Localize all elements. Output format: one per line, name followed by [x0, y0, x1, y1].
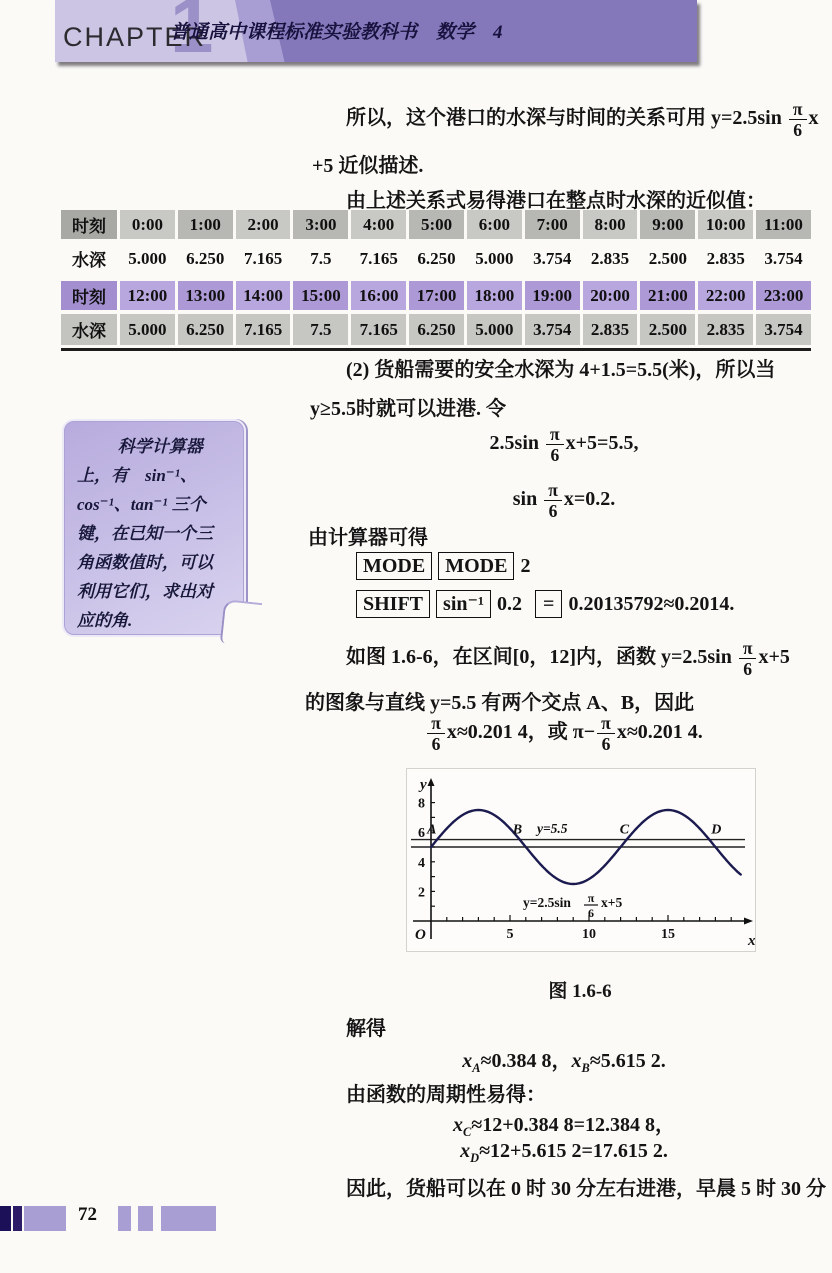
table-cell: 5.000 [467, 243, 522, 274]
x-tick-label: 10 [582, 927, 596, 942]
equation-2: sin π6x=0.2. [308, 481, 820, 521]
sidebar-note-text: 科学计算器上，有 sin⁻¹、cos⁻¹、tan⁻¹ 三个键，在已知一个三角函数… [64, 421, 244, 641]
y-axis-label: y [418, 777, 427, 793]
solution-final: 因此，货船可以在 0 时 30 分左右进港，早晨 5 时 30 分 [346, 1172, 826, 1201]
table-cell: 7.165 [351, 243, 406, 274]
table-cell: 0:00 [120, 210, 175, 239]
book-title: 普通高中课程标准实验教科书 数学 4 [170, 17, 590, 44]
solution-jiede: 解得 [346, 1012, 386, 1041]
table-cell: 2.500 [640, 243, 695, 274]
table-cell: 5.000 [120, 243, 175, 274]
table-cell: 3.754 [756, 314, 811, 345]
table-cell: 15:00 [293, 281, 348, 310]
table-cell: 2.835 [698, 314, 753, 345]
solution-d: xD≈12+5.615 2=17.615 2. [308, 1140, 820, 1166]
y-axis-arrow [428, 778, 435, 786]
table-cell: 5.000 [120, 314, 175, 345]
x-axis-label: x [747, 933, 755, 949]
mode-key: MODE [438, 552, 514, 580]
fraction: π6 [597, 714, 615, 754]
curve-label-post: x+5 [601, 895, 622, 910]
table-cell: 5:00 [409, 210, 464, 239]
page-number: 72 [78, 1204, 97, 1226]
calculator-intro: 由计算器可得 [308, 521, 428, 550]
y-tick-label: 8 [418, 797, 425, 812]
table-cell: 7:00 [525, 210, 580, 239]
table-row: 水深5.0006.2507.1657.57.1656.2505.0003.754… [61, 314, 811, 345]
table-bottom-rule [61, 348, 811, 351]
hline-label: y=5.5 [535, 821, 568, 836]
sidebar-note-line: 上，有 sin⁻¹、 [77, 461, 236, 490]
curve-label-denominator: 6 [588, 906, 594, 920]
footer-block [0, 1206, 11, 1231]
solution-periodic: 由函数的周期性易得： [346, 1078, 546, 1107]
y-tick-label: 6 [418, 826, 425, 841]
table-cell: 17:00 [409, 281, 464, 310]
sidebar-note-line: 利用它们，求出对 [77, 577, 236, 606]
table-cell: 7.5 [293, 314, 348, 345]
sidebar-note-line: 科学计算器 [77, 432, 236, 461]
equals-key: = [535, 590, 562, 618]
table-cell: 7.165 [351, 314, 406, 345]
figure-box: 510152468yxOy=5.5ABCDy=2.5sin π6x+5 [406, 768, 756, 952]
calculator-row-1: MODEMODE2 [356, 552, 530, 580]
figure-para-line-1: 如图 1.6-6，在区间[0，12]内，函数 y=2.5sin π6x+5 [346, 639, 790, 679]
table-cell: 22:00 [698, 281, 753, 310]
page-curl-decoration [220, 599, 262, 647]
origin-label: O [415, 927, 426, 943]
textbook-page: 1 CHAPTER 普通高中课程标准实验教科书 数学 4 所以，这个港口的水深与… [0, 0, 832, 1273]
table-cell: 1:00 [178, 210, 233, 239]
table-cell: 7.5 [293, 243, 348, 274]
table-row: 时刻12:0013:0014:0015:0016:0017:0018:0019:… [61, 281, 811, 310]
intro-line-1: 所以，这个港口的水深与时间的关系可用 y=2.5sin π6x [346, 100, 819, 140]
intro-line-2: +5 近似描述. [312, 149, 423, 178]
part2-line-2: y≥5.5时就可以进港. 令 [310, 392, 506, 421]
table-cell: 2.835 [698, 243, 753, 274]
row-header-cell: 水深 [61, 314, 117, 345]
table-cell: 6.250 [409, 314, 464, 345]
table-cell: 12:00 [120, 281, 175, 310]
fraction: π6 [789, 100, 807, 140]
table-cell: 2.500 [640, 314, 695, 345]
chapter-banner: 1 CHAPTER 普通高中课程标准实验教科书 数学 4 [55, 0, 697, 62]
table-cell: 2.835 [583, 314, 638, 345]
equation-1: 2.5sin π6x+5=5.5, [308, 425, 820, 465]
x-tick-label: 5 [507, 927, 514, 942]
footer-block [138, 1206, 153, 1231]
row-header-cell: 水深 [61, 243, 117, 274]
figure-para-line-2: 的图象与直线 y=5.5 有两个交点 A、B，因此 [305, 686, 694, 715]
fraction: π6 [427, 714, 445, 754]
table-cell: 5.000 [467, 314, 522, 345]
table-cell: 6.250 [178, 314, 233, 345]
table-cell: 4:00 [351, 210, 406, 239]
row-header-cell: 时刻 [61, 281, 117, 310]
shift-key: SHIFT [356, 590, 430, 618]
point-label-A: A [426, 823, 436, 838]
table-cell: 7.165 [236, 243, 291, 274]
table-cell: 9:00 [640, 210, 695, 239]
equation-3: π6x≈0.201 4，或 π−π6x≈0.201 4. [308, 714, 820, 754]
table-cell: 21:00 [640, 281, 695, 310]
solution-ab: xA≈0.384 8，xB≈5.615 2. [308, 1044, 820, 1076]
table-cell: 6.250 [409, 243, 464, 274]
point-label-C: C [620, 823, 630, 838]
x-tick-label: 15 [661, 927, 675, 942]
intro-line-3: 由上述关系式易得港口在整点时水深的近似值： [346, 184, 766, 213]
table-cell: 19:00 [525, 281, 580, 310]
curve-label-pre: y=2.5sin [523, 895, 571, 910]
table-row: 时刻0:001:002:003:004:005:006:007:008:009:… [61, 210, 811, 239]
point-label-D: D [710, 823, 721, 838]
table-cell: 3.754 [525, 243, 580, 274]
table-cell: 3:00 [293, 210, 348, 239]
table-cell: 14:00 [236, 281, 291, 310]
table-cell: 6.250 [178, 243, 233, 274]
curve-label-numerator: π [588, 891, 595, 905]
y-tick-label: 2 [418, 885, 425, 900]
table-row: 水深5.0006.2507.1657.57.1656.2505.0003.754… [61, 243, 811, 274]
solution-c: xC≈12+0.384 8=12.384 8， [308, 1108, 820, 1140]
mode-key: MODE [356, 552, 432, 580]
table-cell: 3.754 [756, 243, 811, 274]
table-cell: 13:00 [178, 281, 233, 310]
footer-block [161, 1206, 216, 1231]
figure-chart: 510152468yxOy=5.5ABCDy=2.5sin π6x+5 [407, 769, 755, 951]
y-tick-label: 4 [418, 856, 425, 871]
fraction: π6 [544, 481, 562, 521]
sidebar-note-line: 应的角. [77, 606, 236, 635]
figure-caption: 图 1.6-6 [406, 976, 754, 1003]
table-cell: 6:00 [467, 210, 522, 239]
table-cell: 11:00 [756, 210, 811, 239]
fraction: π6 [739, 639, 757, 679]
table-cell: 8:00 [583, 210, 638, 239]
calculator-row-2: SHIFTsin⁻¹0.2 =0.20135792≈0.2014. [356, 590, 734, 618]
table-cell: 3.754 [525, 314, 580, 345]
table-cell: 7.165 [236, 314, 291, 345]
sidebar-note-line: 角函数值时，可以 [77, 548, 236, 577]
row-header-cell: 时刻 [61, 210, 117, 239]
footer-block [24, 1206, 66, 1231]
arcsin-key: sin⁻¹ [436, 590, 491, 618]
footer-block [118, 1206, 131, 1231]
sidebar-note-line: 键，在已知一个三 [77, 519, 236, 548]
table-cell: 16:00 [351, 281, 406, 310]
x-axis-arrow [744, 918, 753, 925]
table-cell: 23:00 [756, 281, 811, 310]
table-cell: 10:00 [698, 210, 753, 239]
sidebar-note-line: cos⁻¹、tan⁻¹ 三个 [77, 490, 236, 519]
table-cell: 18:00 [467, 281, 522, 310]
sidebar-note: 科学计算器上，有 sin⁻¹、cos⁻¹、tan⁻¹ 三个键，在已知一个三角函数… [62, 419, 246, 637]
part2-line-1: (2) 货船需要的安全水深为 4+1.5=5.5(米)，所以当 [346, 353, 775, 382]
footer-block [13, 1206, 22, 1231]
tide-table: 时刻0:001:002:003:004:005:006:007:008:009:… [61, 210, 811, 351]
table-cell: 20:00 [583, 281, 638, 310]
table-cell: 2:00 [236, 210, 291, 239]
fraction: π6 [546, 425, 564, 465]
table-cell: 2.835 [583, 243, 638, 274]
point-label-B: B [512, 823, 522, 838]
